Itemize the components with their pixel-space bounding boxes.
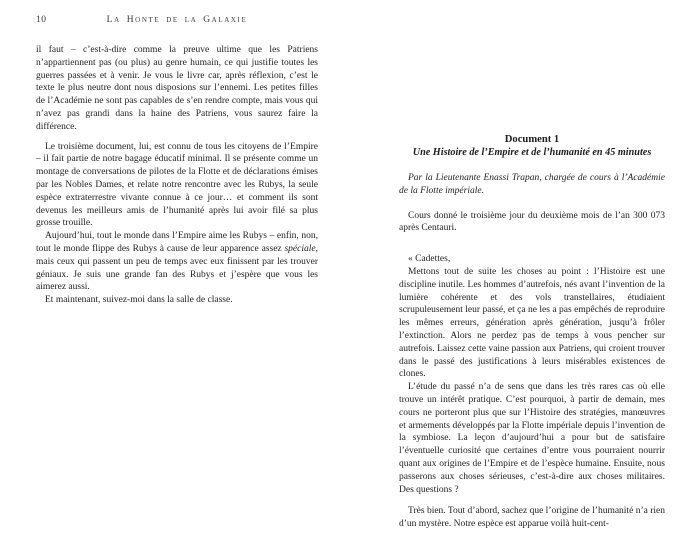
running-title: La Honte de la Galaxie — [36, 15, 318, 25]
document-title: Document 1 — [399, 133, 665, 146]
paragraph: Et maintenant, suivez-moi dans la salle … — [36, 294, 318, 307]
paragraph-text: Aujourd’hui, tout le monde dans l’Empire… — [36, 231, 318, 254]
byline: Par la Lieutenante Enassi Trapan, chargé… — [399, 172, 665, 198]
left-page-body: il faut – c’est-à-dire comme la preuve u… — [36, 44, 318, 307]
paragraph: Aujourd’hui, tout le monde dans l’Empire… — [36, 230, 318, 294]
document-subtitle: Une Histoire de l’Empire et de l’humanit… — [399, 146, 665, 159]
right-page-body: « Cadettes, Mettons tout de suite les ch… — [399, 253, 665, 531]
paragraph: Mettons tout de suite les choses au poin… — [399, 266, 665, 381]
paragraph: L’étude du passé n’a de sens que dans le… — [399, 381, 665, 496]
paragraph: Très bien. Tout d’abord, sachez que l’or… — [399, 505, 665, 531]
italic-word: spéciale — [284, 244, 315, 254]
course-note: Cours donné le troisième jour du deuxièm… — [399, 210, 665, 236]
paragraph: il faut – c’est-à-dire comme la preuve u… — [36, 44, 318, 134]
left-page: 10 La Honte de la Galaxie il faut – c’es… — [36, 15, 318, 307]
paragraph: Le troisième document, lui, est connu de… — [36, 141, 318, 231]
book-spread: 10 La Honte de la Galaxie il faut – c’es… — [0, 0, 700, 557]
document-heading: Document 1 Une Histoire de l’Empire et d… — [399, 133, 665, 159]
right-page: Document 1 Une Histoire de l’Empire et d… — [399, 133, 665, 531]
running-head: 10 La Honte de la Galaxie — [36, 15, 318, 28]
dialogue-open: « Cadettes, — [399, 253, 665, 266]
